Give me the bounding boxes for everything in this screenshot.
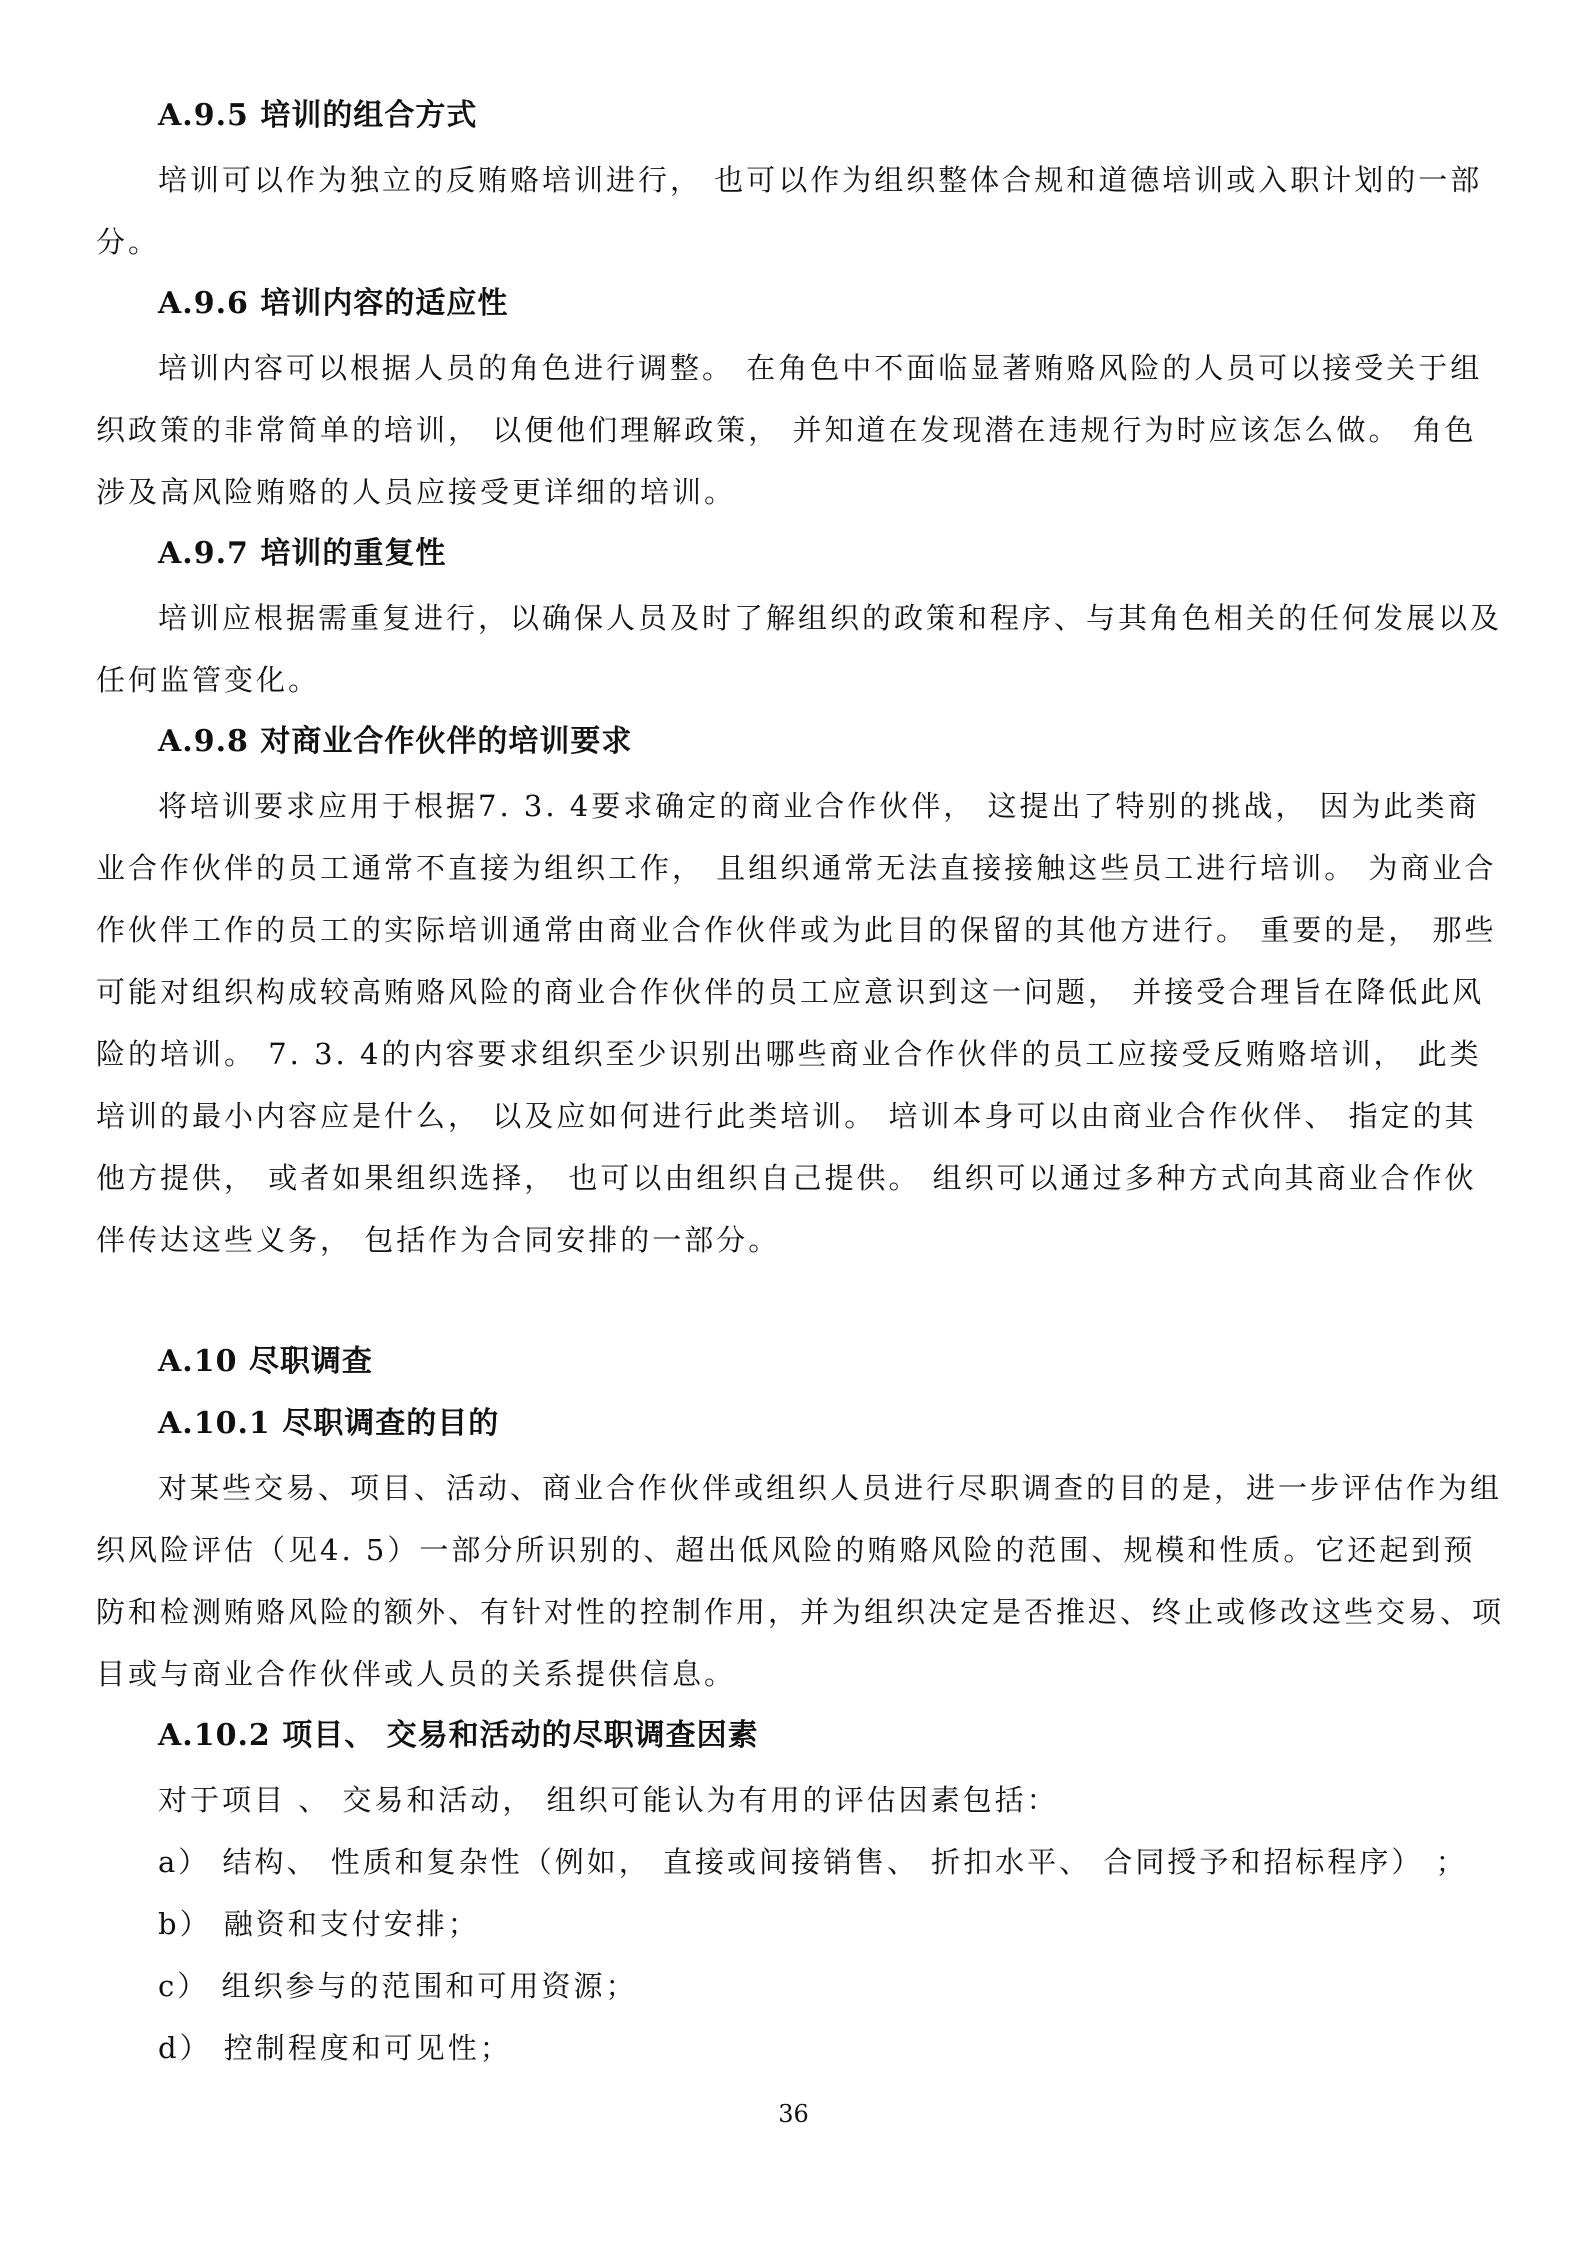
list-item-c: c） 组织参与的范围和可用资源； xyxy=(158,1966,637,2006)
list-item-a: a） 结构、 性质和复杂性（例如， 直接或间接销售、 折扣水平、 合同授予和招标… xyxy=(158,1842,1468,1882)
section-heading-a-10-1: A.10.1 尽职调查的目的 xyxy=(158,1404,499,1444)
paragraph-line: 涉及高风险贿赂的人员应接受更详细的培训。 xyxy=(96,472,1496,512)
paragraph-line: 培训的最小内容应是什么， 以及应如何进行此类培训。 培训本身可以由商业合作伙伴、… xyxy=(96,1096,1496,1136)
section-heading-a-9-6: A.9.6 培训内容的适应性 xyxy=(158,284,508,324)
page-number: 36 xyxy=(0,2100,1587,2128)
paragraph-line: 将培训要求应用于根据7. 3. 4要求确定的商业合作伙伴， 这提出了特别的挑战，… xyxy=(158,786,1558,826)
list-intro: 对于项目 、 交易和活动， 组织可能认为有用的评估因素包括： xyxy=(158,1780,1558,1820)
paragraph-line: 目或与商业合作伙伴或人员的关系提供信息。 xyxy=(96,1654,1496,1694)
section-heading-a-10: A.10 尽职调查 xyxy=(158,1342,373,1382)
paragraph-line: 作伙伴工作的员工的实际培训通常由商业合作伙伴或为此目的保留的其他方进行。 重要的… xyxy=(96,910,1496,950)
list-item-b: b） 融资和支付安排； xyxy=(158,1904,480,1944)
paragraph-line: 对某些交易、项目、活动、商业合作伙伴或组织人员进行尽职调查的目的是，进一步评估作… xyxy=(158,1468,1558,1508)
section-heading-a-9-8: A.9.8 对商业合作伙伴的培训要求 xyxy=(158,722,632,762)
paragraph-line: 培训应根据需重复进行，以确保人员及时了解组织的政策和程序、与其角色相关的任何发展… xyxy=(158,598,1558,638)
paragraph-line: 伴传达这些义务， 包括作为合同安排的一部分。 xyxy=(96,1220,1496,1260)
paragraph-line: 任何监管变化。 xyxy=(96,660,1496,700)
paragraph-line: 分。 xyxy=(96,222,1496,262)
paragraph-line: 他方提供， 或者如果组织选择， 也可以由组织自己提供。 组织可以通过多种方式向其… xyxy=(96,1158,1496,1198)
paragraph-line: 织风险评估（见4. 5）一部分所识别的、超出低风险的贿赂风险的范围、规模和性质。… xyxy=(96,1530,1496,1570)
section-heading-a-10-2: A.10.2 项目、 交易和活动的尽职调查因素 xyxy=(158,1716,759,1756)
section-heading-a-9-5: A.9.5 培训的组合方式 xyxy=(158,96,477,136)
paragraph-line: 业合作伙伴的员工通常不直接为组织工作， 且组织通常无法直接接触这些员工进行培训。… xyxy=(96,848,1496,888)
paragraph-line: 织政策的非常简单的培训， 以便他们理解政策， 并知道在发现潜在违规行为时应该怎么… xyxy=(96,410,1496,450)
paragraph-line: 培训内容可以根据人员的角色进行调整。 在角色中不面临显著贿赂风险的人员可以接受关… xyxy=(158,348,1558,388)
document-page: A.9.5 培训的组合方式 培训可以作为独立的反贿赂培训进行， 也可以作为组织整… xyxy=(0,0,1587,2245)
paragraph-line: 培训可以作为独立的反贿赂培训进行， 也可以作为组织整体合规和道德培训或入职计划的… xyxy=(158,160,1558,200)
section-heading-a-9-7: A.9.7 培训的重复性 xyxy=(158,534,446,574)
list-item-d: d） 控制程度和可见性； xyxy=(158,2028,512,2068)
paragraph-line: 可能对组织构成较高贿赂风险的商业合作伙伴的员工应意识到这一问题， 并接受合理旨在… xyxy=(96,972,1496,1012)
paragraph-line: 防和检测贿赂风险的额外、有针对性的控制作用，并为组织决定是否推迟、终止或修改这些… xyxy=(96,1592,1496,1632)
paragraph-line: 险的培训。 7. 3. 4的内容要求组织至少识别出哪些商业合作伙伴的员工应接受反… xyxy=(96,1034,1496,1074)
